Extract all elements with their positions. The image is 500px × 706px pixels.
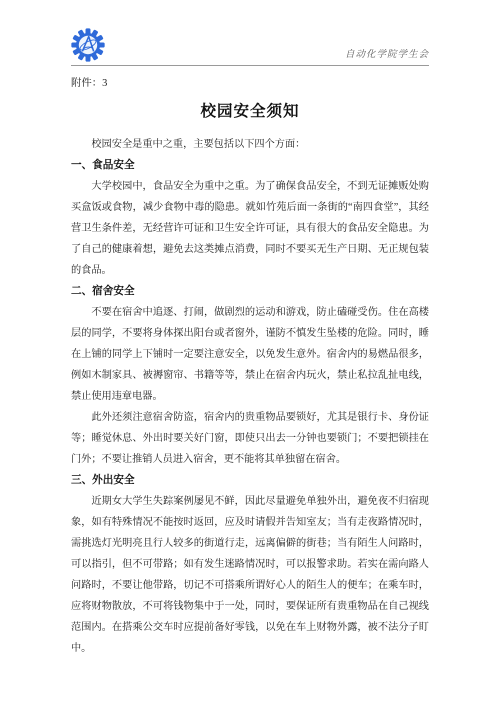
gear-logo-icon — [71, 28, 105, 62]
section-heading-dorm-safety: 二、宿舍安全 — [71, 281, 429, 302]
intro-paragraph: 校园安全是重中之重，主要包括以下四个方面： — [71, 134, 429, 155]
page-header: 自动化学院学生会 — [71, 28, 429, 66]
document-page: 自动化学院学生会 附件：3 校园安全须知 校园安全是重中之重，主要包括以下四个方… — [0, 0, 500, 706]
attachment-label: 附件：3 — [71, 74, 429, 94]
paragraph-food-safety: 大学校园中，食品安全为重中之重。为了确保食品安全，不到无证摊贩处购买盒饭或食物，… — [71, 176, 429, 281]
paragraph-dorm-safety-2: 此外还须注意宿舍防盗，宿舍内的贵重物品要锁好，尤其是银行卡、身份证等；睡觉休息、… — [71, 407, 429, 470]
page-title: 校园安全须知 — [71, 100, 429, 124]
paragraph-dorm-safety-1: 不要在宿舍中追逐、打闹，做剧烈的运动和游戏，防止磕碰受伤。住在高楼层的同学，不要… — [71, 302, 429, 407]
paragraph-outing-safety: 近期女大学生失踪案例屡见不鲜，因此尽量避免单独外出，避免夜不归宿现象，如有特殊情… — [71, 491, 429, 659]
section-heading-outing-safety: 三、外出安全 — [71, 470, 429, 491]
section-heading-food-safety: 一、食品安全 — [71, 155, 429, 176]
org-name: 自动化学院学生会 — [345, 49, 429, 62]
